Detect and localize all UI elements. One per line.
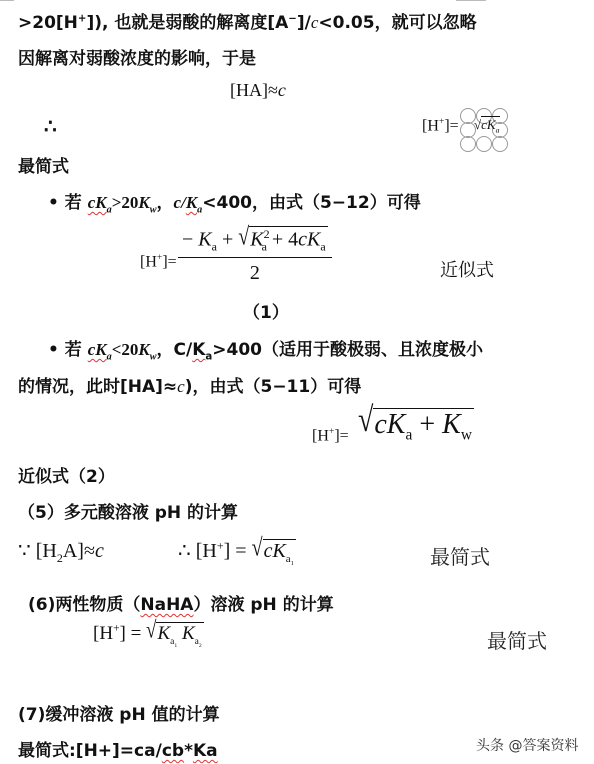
text: 若 (65, 340, 82, 360)
text: ]), 也就是弱酸的解离度[A (86, 13, 288, 33)
eq2-rhs: √cKa + Kw (358, 408, 474, 445)
text: <400，由式（5−12）可得 (202, 193, 420, 213)
text: ， (157, 340, 174, 360)
eq3-because: ∵ [H2A]≈c (18, 538, 104, 566)
term-cka: cKa (88, 340, 112, 359)
text: >400（适用于酸极弱、且浓度极小 (212, 340, 483, 360)
eq1-fraction: − Ka + √K2a + 4cKa 2 (178, 226, 332, 285)
variable-c: c (278, 80, 286, 100)
term-ka: Ka (186, 193, 202, 212)
top-border (0, 0, 594, 2)
eq1-denominator: 2 (178, 258, 332, 285)
label-simplest-4: 最简式 (487, 625, 547, 654)
sqrt-ck: √cKa (474, 117, 500, 135)
text: ]= (444, 117, 458, 134)
variable-k: K (487, 117, 496, 132)
equation-ha-approx: [HA]≈c (230, 80, 286, 101)
text-line-8: 的情况，此时[HA]≈c)，由式（5−11）可得 (18, 372, 361, 397)
eq1-numerator: − Ka + √K2a + 4cKa (178, 226, 332, 258)
bullet: • (48, 193, 59, 213)
section-6-heading: (6)两性物质（NaHA）溶液 pH 的计算 (28, 590, 334, 615)
term-cka: cKa (88, 193, 112, 212)
section-5-heading: （5）多元酸溶液 pH 的计算 (18, 498, 238, 523)
superscript: − (288, 13, 297, 24)
equation-number-1: （1） (243, 298, 289, 323)
section-7-heading: (7)缓冲溶液 pH 值的计算 (18, 700, 220, 725)
eq1-lhs: [H+]= (140, 252, 177, 271)
label-simplest: 最简式 (18, 152, 69, 177)
text: 若 (65, 193, 82, 213)
eq4: [H+] = √Ka1 Ka2 (93, 622, 204, 649)
watermark: 头条 @答案资料 (476, 735, 578, 755)
label-simplest-3: 最简式 (430, 541, 490, 570)
text: <20 (112, 340, 139, 359)
eq3-therefore: ∴ [H+] = √cKa1 (178, 538, 296, 567)
text: [HA]≈ (230, 80, 278, 100)
subscript: a (496, 126, 500, 135)
term-ka: Ka (192, 340, 212, 360)
text: <0.05，就可以忽略 (318, 13, 476, 33)
border-segment (456, 0, 486, 1)
text-line-1: >20[H+]), 也就是弱酸的解离度[A−]/c<0.05，就可以忽略 (18, 8, 477, 33)
text: >20 (112, 193, 139, 212)
condition-line-2: • 若 cKa<20Kw，C/Ka>400（适用于酸极弱、且浓度极小 (48, 335, 483, 362)
buffer-formula: 最简式:[H+]=ca/cb*Ka (18, 736, 218, 761)
label-approximate-1: 近似式 (440, 256, 494, 282)
bullet: • (48, 340, 59, 360)
text-line-2: 因解离对弱酸浓度的影响，于是 (18, 44, 256, 69)
border-segment (0, 0, 14, 1)
text: c/ (174, 193, 186, 212)
term-kw: Kw (138, 193, 156, 212)
label-approximate-2: 近似式（2） (18, 462, 115, 487)
text: ]/ (297, 13, 311, 33)
eq2-lhs: [H+]= (312, 426, 349, 445)
equation-h-simplest: [H+]= (422, 116, 459, 135)
term-kw: Kw (138, 340, 156, 359)
text: >20[H (18, 13, 78, 33)
therefore-symbol: ∴ (44, 114, 57, 139)
condition-line-1: • 若 cKa>20Kw，c/Ka<400，由式（5−12）可得 (48, 188, 421, 215)
text: ， (157, 193, 174, 213)
text: C/ (174, 340, 193, 360)
text: [H (422, 117, 439, 134)
